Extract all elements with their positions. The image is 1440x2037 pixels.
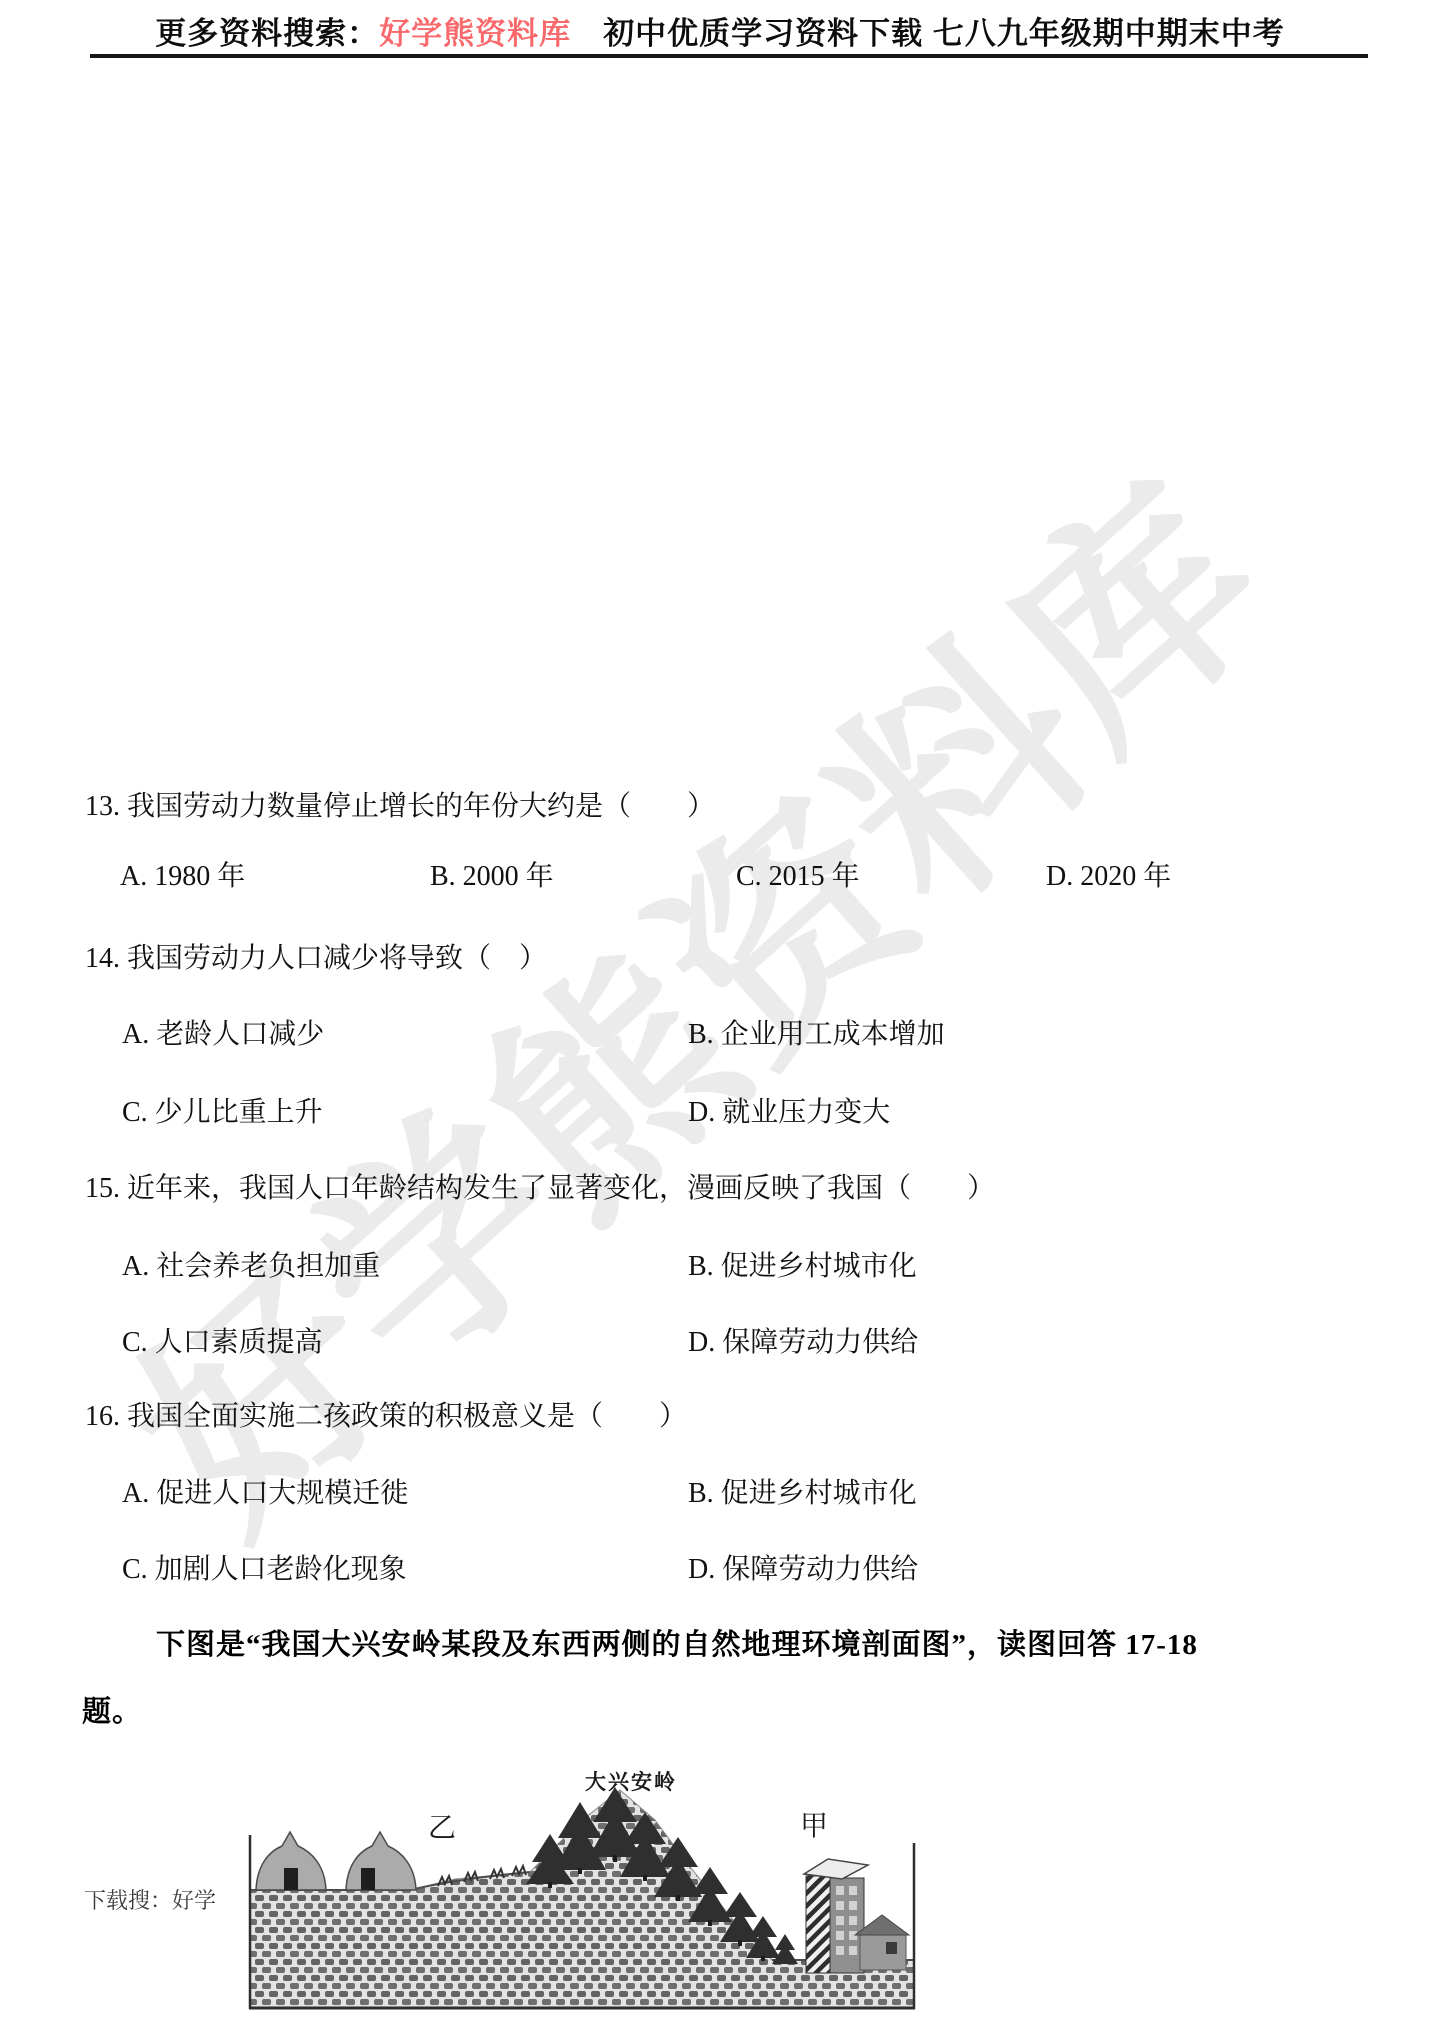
tower-building <box>804 1859 868 1973</box>
question-16-title: 16. 我国全面实施二孩政策的积极意义是（ ） <box>85 1400 687 1434</box>
question-15-title: 15. 近年来，我国人口年龄结构发生了显著变化，漫画反映了我国（ ） <box>85 1172 995 1206</box>
question-16-option-a: A. 促进人口大规模迁徙 <box>122 1477 408 1511</box>
question-13-option-a: A. 1980 年 <box>120 860 245 894</box>
question-13-option-c: C. 2015 年 <box>736 860 860 894</box>
question-15-option-c: C. 人口素质提高 <box>122 1326 323 1360</box>
figure-left-label: 乙 <box>428 1806 456 1846</box>
question-14-option-b: B. 企业用工成本增加 <box>688 1018 945 1052</box>
question-14-option-d: D. 就业压力变大 <box>688 1096 890 1130</box>
question-15-option-b: B. 促进乡村城市化 <box>688 1250 917 1284</box>
question-13-title: 13. 我国劳动力数量停止增长的年份大约是（ ） <box>85 790 715 824</box>
question-13-option-b: B. 2000 年 <box>430 860 554 894</box>
download-note: 下载搜：好学 <box>84 1884 216 1915</box>
promo-header: 更多资料搜索：好学熊资料库 初中优质学习资料下载 七八九年级期中期末中考 <box>0 8 1440 53</box>
header-brand-name: 好学熊资料库 <box>379 16 571 51</box>
yurt-shapes <box>256 1832 416 1890</box>
figure-right-label: 甲 <box>800 1804 828 1844</box>
question-15-option-a: A. 社会养老负担加重 <box>122 1250 380 1284</box>
question-16-option-b: B. 促进乡村城市化 <box>688 1477 917 1511</box>
question-13-option-d: D. 2020 年 <box>1046 860 1171 894</box>
question-14-title: 14. 我国劳动力人口减少将导致（ ） <box>85 942 547 976</box>
question-14-option-c: C. 少儿比重上升 <box>122 1096 323 1130</box>
question-15-option-d: D. 保障劳动力供给 <box>688 1326 918 1360</box>
header-suffix: 初中优质学习资料下载 七八九年级期中期末中考 <box>603 16 1285 51</box>
header-gap <box>571 16 603 51</box>
exam-page: 更多资料搜索：好学熊资料库 初中优质学习资料下载 七八九年级期中期末中考 好学熊… <box>0 0 1440 2037</box>
question-14-option-a: A. 老龄人口减少 <box>122 1018 324 1052</box>
question-16-option-d: D. 保障劳动力供给 <box>688 1553 918 1587</box>
passage-line-2: 题。 <box>82 1695 142 1729</box>
passage-line-1: 下图是“我国大兴安岭某段及东西两侧的自然地理环境剖面图”，读图回答 17-18 <box>156 1628 1198 1662</box>
figure-mountain-label: 大兴安岭 <box>585 1766 677 1796</box>
question-16-option-c: C. 加剧人口老龄化现象 <box>122 1553 407 1587</box>
header-divider <box>90 54 1368 58</box>
header-prefix: 更多资料搜索： <box>155 16 379 51</box>
